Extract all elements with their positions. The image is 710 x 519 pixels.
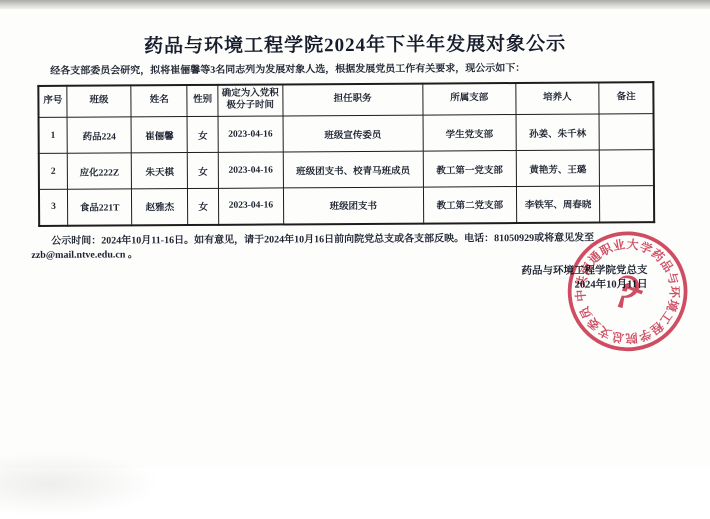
table-cell: 药品224 bbox=[67, 117, 132, 153]
scan-edge-strip bbox=[0, 0, 710, 9]
column-header: 培养人 bbox=[516, 82, 600, 115]
table-cell: 女 bbox=[188, 188, 219, 224]
table-cell: 崔俪馨 bbox=[131, 117, 187, 153]
column-header: 备注 bbox=[599, 82, 653, 114]
table-cell: 班级团支书 bbox=[283, 187, 423, 224]
table-row: 1药品224崔俪馨女2023-04-16班级宣传委员学生党支部孙姜、朱千林 bbox=[39, 114, 654, 154]
table-cell: 赵雅杰 bbox=[132, 189, 188, 225]
table-cell bbox=[599, 114, 653, 150]
table-cell: 食品221T bbox=[67, 189, 132, 225]
table-cell: 李铁军、周春晓 bbox=[516, 186, 600, 223]
table-header-row: 序号班级姓名性别确定为入党积极分子时间担任职务所属支部培养人备注 bbox=[38, 82, 653, 118]
table-cell: 女 bbox=[188, 152, 219, 188]
footer-email: zzb@mail.ntve.edu.cn 。 bbox=[31, 245, 681, 263]
table-cell: 2023-04-16 bbox=[219, 188, 284, 224]
table-cell: 班级宣传委员 bbox=[283, 115, 423, 152]
table-cell: 教工第一党支部 bbox=[423, 151, 516, 188]
table-body: 1药品224崔俪馨女2023-04-16班级宣传委员学生党支部孙姜、朱千林2应化… bbox=[39, 114, 655, 226]
column-header: 性别 bbox=[187, 84, 218, 116]
table-cell: 2023-04-16 bbox=[218, 116, 283, 152]
table-cell: 朱天棋 bbox=[132, 153, 188, 189]
table-cell: 女 bbox=[187, 116, 218, 152]
table-row: 2应化222Z朱天棋女2023-04-16班级团支书、校青马班成员教工第一党支部… bbox=[39, 150, 654, 190]
table-cell bbox=[600, 150, 654, 186]
document-page: 药品与环境工程学院2024年下半年发展对象公示 经各支部委员会研究，拟将崔俪馨等… bbox=[0, 9, 710, 468]
table-cell: 1 bbox=[39, 117, 68, 153]
table-cell: 2 bbox=[39, 153, 68, 189]
intro-paragraph: 经各支部委员会研究，拟将崔俪馨等3名同志列为发展对象人选，根据发展党员工作有关要… bbox=[30, 61, 680, 78]
signature-date: 2024年10月11日 bbox=[2, 278, 648, 296]
column-header: 所属支部 bbox=[423, 83, 516, 116]
table-cell: 2023-04-16 bbox=[218, 152, 283, 188]
column-header: 姓名 bbox=[131, 85, 187, 117]
document-title: 药品与环境工程学院2024年下半年发展对象公示 bbox=[0, 28, 710, 59]
table-cell: 学生党支部 bbox=[423, 115, 516, 152]
table-cell: 黄艳芳、王璐 bbox=[516, 150, 600, 187]
table-cell: 应化222Z bbox=[67, 153, 132, 189]
column-header: 序号 bbox=[38, 85, 66, 117]
signature-block: 药品与环境工程学院党总支 2024年10月11日 bbox=[1, 263, 710, 296]
table-cell bbox=[600, 186, 654, 222]
announcement-table: 序号班级姓名性别确定为入党积极分子时间担任职务所属支部培养人备注 1药品224崔… bbox=[37, 81, 655, 227]
column-header: 确定为入党积极分子时间 bbox=[218, 84, 283, 116]
table-cell: 3 bbox=[39, 189, 68, 225]
column-header: 班级 bbox=[67, 85, 132, 117]
table-row: 3食品221T赵雅杰女2023-04-16班级团支书教工第二党支部李铁军、周春晓 bbox=[39, 186, 654, 226]
footer-note: 公示时间：2024年10月11-16日。如有意见，请于2024年10月16日前向… bbox=[31, 231, 681, 264]
column-header: 担任职务 bbox=[282, 83, 422, 116]
table-cell: 教工第二党支部 bbox=[423, 187, 516, 224]
table-cell: 孙姜、朱千林 bbox=[516, 114, 600, 151]
table-cell: 班级团支书、校青马班成员 bbox=[283, 151, 423, 188]
scan-shadow-artifact bbox=[0, 449, 170, 468]
